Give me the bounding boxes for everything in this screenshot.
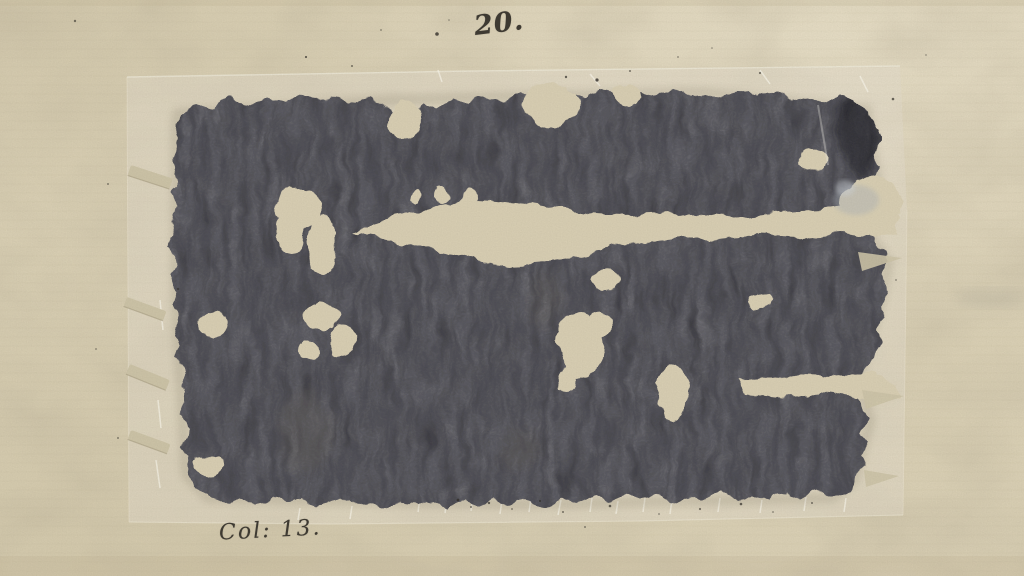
column-label-annotation: Col: 13. — [218, 515, 322, 545]
photo-grain — [0, 0, 1024, 576]
papyrus-plate-image — [0, 0, 1024, 576]
scanned-plate-photo: 20. Col: 13. — [0, 0, 1024, 576]
plate-number-annotation: 20. — [472, 5, 525, 42]
